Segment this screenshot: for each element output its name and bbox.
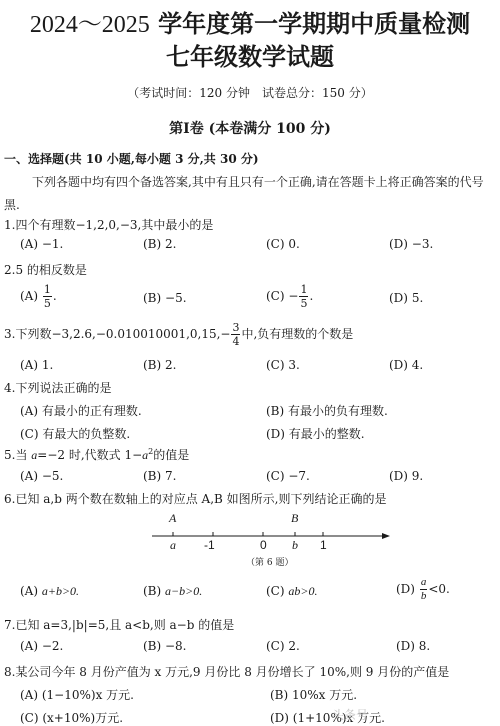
exam-title-line1: 2024～2025 学年度第一学期期中质量检测 bbox=[0, 4, 500, 39]
q8-option-c: (C) (x+10%)万元. bbox=[20, 709, 123, 726]
exam-subtitle: 七年级数学试题 bbox=[0, 37, 500, 72]
q8-option-a: (A) (1−10%)x 万元. bbox=[20, 686, 134, 703]
tick-label-a: a bbox=[170, 538, 176, 553]
q6-option-a: (A) a+b>0. bbox=[20, 584, 79, 599]
q5-option-b: (B) 7. bbox=[143, 469, 176, 483]
q6-option-b: (B) a−b>0. bbox=[143, 584, 202, 599]
q4-option-a: (A) 有最小的正有理数. bbox=[20, 402, 142, 419]
q2-option-d: (D) 5. bbox=[389, 291, 423, 305]
school-year: 2024～2025 bbox=[30, 12, 150, 38]
tick-label-neg1: -1 bbox=[204, 538, 215, 552]
question-2: 2.5 的相反数是 bbox=[4, 261, 87, 278]
exam-title: 学年度第一学期期中质量检测 bbox=[158, 9, 470, 38]
q5-option-d: (D) 9. bbox=[389, 469, 423, 483]
exam-info: （考试时间：120 分钟 试卷总分：150 分） bbox=[0, 84, 500, 101]
q3-option-d: (D) 4. bbox=[389, 358, 423, 372]
q5-option-a: (A) −5. bbox=[20, 469, 63, 483]
question-stem: 四个有理数−1,2,0,−3,其中最小的是 bbox=[15, 218, 213, 232]
q4-option-c: (C) 有最大的负整数. bbox=[20, 425, 130, 442]
q8-option-b: (B) 10%x 万元. bbox=[270, 686, 357, 703]
q3-option-c: (C) 3. bbox=[266, 358, 300, 372]
q7-option-c: (C) 2. bbox=[266, 639, 300, 653]
arrow-icon bbox=[382, 533, 390, 539]
question-8: 8.某公司今年 8 月份产值为 x 万元,9 月份比 8 月份增长了 10%,则… bbox=[4, 663, 449, 680]
q1-option-d: (D) −3. bbox=[389, 237, 433, 251]
point-label-a: A bbox=[169, 511, 176, 526]
q1-option-a: (A) −1. bbox=[20, 237, 63, 251]
section-heading: 一、选择题(共 10 小题,每小题 3 分,共 30 分) bbox=[4, 150, 259, 167]
question-1: 1.四个有理数−1,2,0,−3,其中最小的是 bbox=[4, 216, 213, 233]
point-label-b: B bbox=[291, 511, 298, 526]
fraction: 15 bbox=[299, 284, 308, 309]
question-3: 3.下列数−3,2.6,−0.010010001,0,15,−34中,负有理数的… bbox=[4, 322, 353, 347]
q1-option-c: (C) 0. bbox=[266, 237, 300, 251]
tick-label-b: b bbox=[292, 538, 298, 553]
q6-option-d: (D) ab<0. bbox=[396, 577, 450, 602]
section-instruction-cont: 黑. bbox=[4, 196, 20, 213]
question-4: 4.下列说法正确的是 bbox=[4, 379, 111, 396]
q3-option-b: (B) 2. bbox=[143, 358, 176, 372]
q2-option-a: (A) 15. bbox=[20, 284, 57, 309]
q6-option-c: (C) ab>0. bbox=[266, 584, 317, 599]
q2-option-c: (C) −15. bbox=[266, 284, 313, 309]
q1-option-b: (B) 2. bbox=[143, 237, 176, 251]
watermark: 头条号 bbox=[332, 706, 368, 723]
section-instruction: 下列各题中均有四个备选答案,其中有且只有一个正确,请在答题卡上将正确答案的代号 bbox=[32, 173, 484, 190]
q7-option-a: (A) −2. bbox=[20, 639, 63, 653]
question-5: 5.当 a=−2 时,代数式 1−a2的值是 bbox=[4, 446, 189, 463]
figure-caption: （第 6 题） bbox=[246, 555, 293, 568]
q7-option-d: (D) 8. bbox=[396, 639, 430, 653]
part-title: 第Ⅰ卷 (本卷满分 100 分) bbox=[0, 118, 500, 138]
fraction: 34 bbox=[231, 322, 240, 347]
q7-option-b: (B) −8. bbox=[143, 639, 187, 653]
q4-option-b: (B) 有最小的负有理数. bbox=[266, 402, 388, 419]
fraction: ab bbox=[420, 577, 428, 602]
question-stem: 5 的相反数是 bbox=[15, 263, 86, 277]
q5-option-c: (C) −7. bbox=[266, 469, 310, 483]
question-6: 6.已知 a,b 两个数在数轴上的对应点 A,B 如图所示,则下列结论正确的是 bbox=[4, 490, 386, 507]
tick-label-0: 0 bbox=[260, 538, 267, 552]
q3-option-a: (A) 1. bbox=[20, 358, 53, 372]
fraction: 15 bbox=[43, 284, 52, 309]
question-7: 7.已知 a=3,|b|=5,且 a<b,则 a−b 的值是 bbox=[4, 616, 234, 633]
q2-option-b: (B) −5. bbox=[143, 291, 187, 305]
q4-option-d: (D) 有最小的整数. bbox=[266, 425, 365, 442]
tick-label-1: 1 bbox=[320, 538, 327, 552]
